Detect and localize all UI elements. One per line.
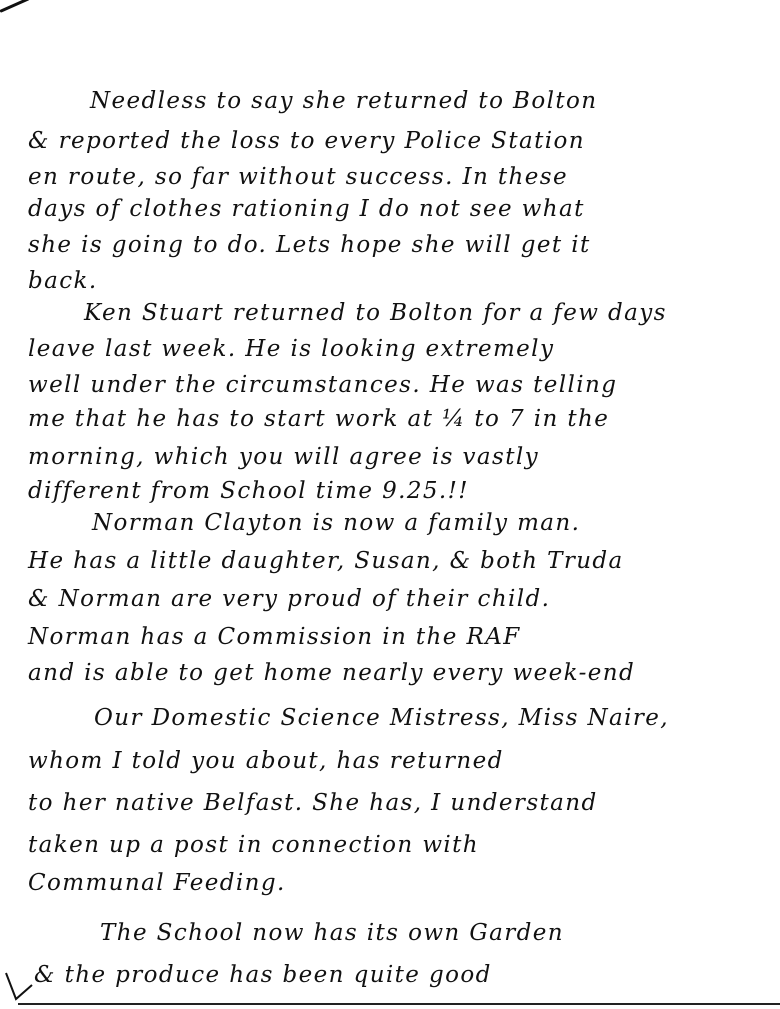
letter-line: Our Domestic Science Mistress, Miss Nair…: [94, 705, 669, 731]
letter-line: days of clothes rationing I do not see w…: [28, 196, 585, 222]
letter-line: & the produce has been quite good: [34, 962, 492, 988]
pen-tick-mark: [0, 0, 30, 13]
letter-line: Norman has a Commission in the RAF: [28, 624, 521, 650]
letter-line: different from School time 9.25.!!: [28, 478, 469, 504]
letter-line: leave last week. He is looking extremely: [28, 336, 554, 362]
letter-line: taken up a post in connection with: [28, 832, 479, 858]
letter-line: whom I told you about, has returned: [28, 748, 504, 774]
letter-line: she is going to do. Lets hope she will g…: [28, 232, 591, 258]
page-bottom-edge: [18, 1003, 780, 1005]
letter-line: well under the circumstances. He was tel…: [28, 372, 617, 398]
letter-line: Communal Feeding.: [28, 870, 286, 896]
check-mark-icon: [4, 963, 34, 1003]
letter-line: back.: [28, 268, 98, 294]
letter-line: en route, so far without success. In the…: [28, 164, 568, 190]
letter-line: Norman Clayton is now a family man.: [92, 510, 580, 536]
letter-line: and is able to get home nearly every wee…: [28, 660, 635, 686]
letter-line: me that he has to start work at ¼ to 7 i…: [28, 406, 609, 432]
letter-line: Ken Stuart returned to Bolton for a few …: [84, 300, 667, 326]
letter-page: Needless to say she returned to Bolton &…: [0, 0, 780, 1009]
letter-line: The School now has its own Garden: [100, 920, 564, 946]
letter-line: Needless to say she returned to Bolton: [90, 88, 597, 114]
letter-line: morning, which you will agree is vastly: [28, 444, 539, 470]
letter-line: He has a little daughter, Susan, & both …: [28, 548, 624, 574]
letter-line: to her native Belfast. She has, I unders…: [28, 790, 598, 816]
letter-line: & reported the loss to every Police Stat…: [28, 128, 585, 154]
letter-line: & Norman are very proud of their child.: [28, 586, 550, 612]
